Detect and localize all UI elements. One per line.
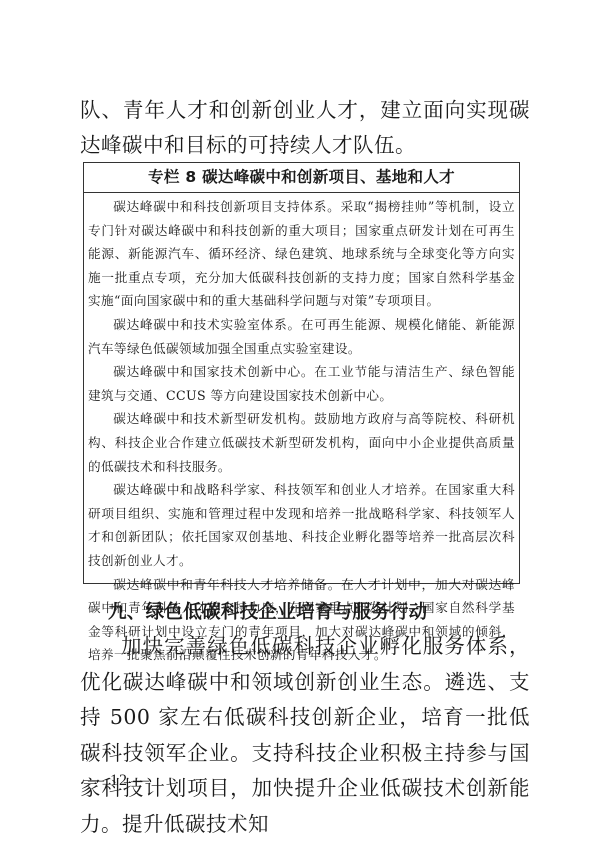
- column-box-title: 专栏 8 碳达峰碳中和创新项目、基地和人才: [84, 163, 519, 193]
- column-item-rd-institutions: 碳达峰碳中和技术新型研发机构。鼓励地方政府与高等院校、科研机构、科技企业合作建立…: [88, 407, 515, 478]
- page-number: — 12 —: [88, 772, 150, 790]
- column-item-talent-training: 碳达峰碳中和战略科学家、科技领军和创业人才培养。在国家重大科研项目组织、实施和管…: [88, 478, 515, 572]
- body-paragraph-continued: 队、青年人才和创新创业人才，建立面向实现碳达峰碳中和目标的可持续人才队伍。: [80, 93, 530, 163]
- section-paragraph: 加快完善绿色低碳科技企业孵化服务体系，优化碳达峰碳中和领域创新创业生态。遴选、支…: [80, 629, 530, 842]
- column-box-body: 碳达峰碳中和科技创新项目支持体系。采取“揭榜挂帅”等机制，设立专门针对碳达峰碳中…: [84, 193, 519, 667]
- column-item-projects: 碳达峰碳中和科技创新项目支持体系。采取“揭榜挂帅”等机制，设立专门针对碳达峰碳中…: [88, 195, 515, 313]
- column-box: 专栏 8 碳达峰碳中和创新项目、基地和人才 碳达峰碳中和科技创新项目支持体系。采…: [83, 162, 520, 584]
- column-item-laboratories: 碳达峰碳中和技术实验室体系。在可再生能源、规模化储能、新能源汽车等绿色低碳领域加…: [88, 313, 515, 360]
- column-item-innovation-centers: 碳达峰碳中和国家技术创新中心。在工业节能与清洁生产、绿色智能建筑与交通、CCUS…: [88, 360, 515, 407]
- section-heading: 九、绿色低碳科技企业培育与服务行动: [108, 597, 528, 629]
